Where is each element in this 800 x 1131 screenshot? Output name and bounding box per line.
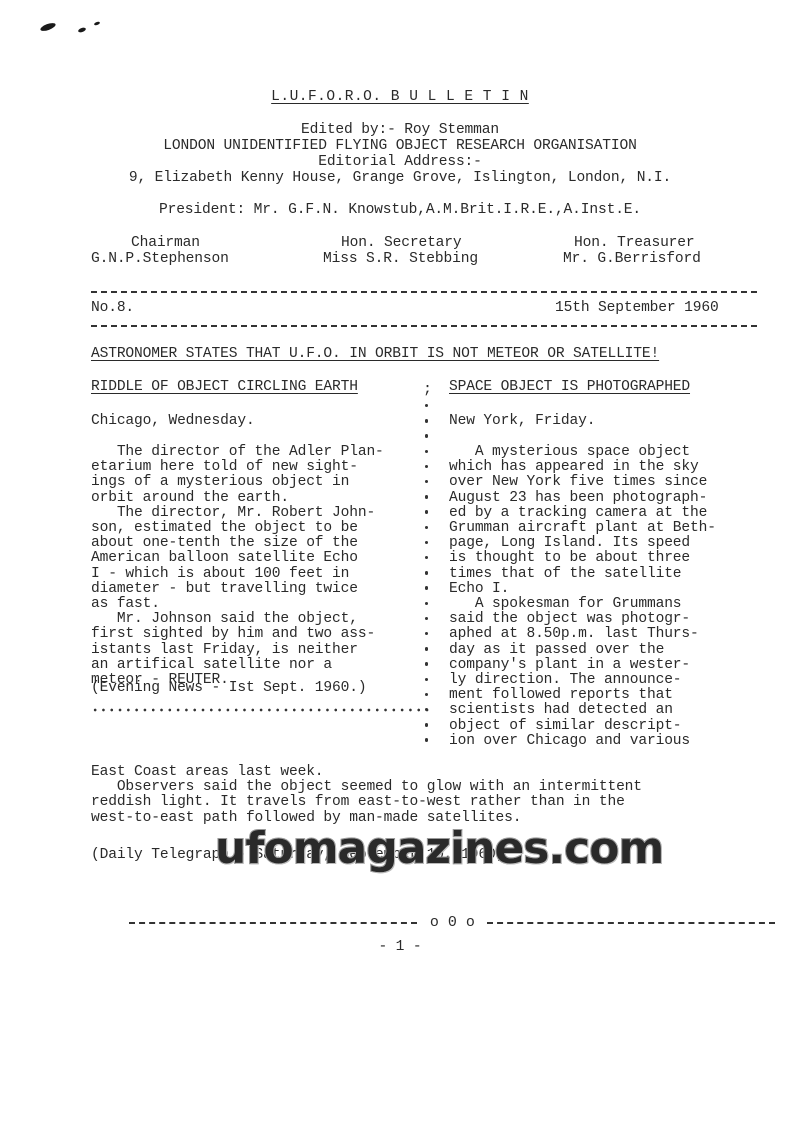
separator-semicolon: ; xyxy=(423,382,432,397)
editorial-address-label: Editorial Address:- xyxy=(0,155,800,170)
separator-dot xyxy=(425,738,428,741)
officer-title-chairman: Chairman xyxy=(131,236,200,251)
issue-number: No.8. xyxy=(91,301,134,316)
separator-dot xyxy=(425,526,428,529)
dashed-rule xyxy=(91,325,757,327)
separator-dot xyxy=(425,419,428,422)
officer-title-secretary: Hon. Secretary xyxy=(341,236,462,251)
separator-dot xyxy=(425,693,428,696)
dashed-rule xyxy=(91,291,757,293)
scan-mark xyxy=(94,21,101,26)
separator-dot xyxy=(425,465,428,468)
edited-by: Edited by:- Roy Stemman xyxy=(0,123,800,138)
separator-dot xyxy=(425,571,428,574)
organisation-name: LONDON UNIDENTIFIED FLYING OBJECT RESEAR… xyxy=(0,139,800,154)
end-mark: o 0 o xyxy=(417,914,487,931)
officer-name-treasurer: Mr. G.Berrisford xyxy=(563,252,701,267)
watermark: ufomagazines.com xyxy=(215,826,663,872)
officer-title-treasurer: Hon. Treasurer xyxy=(574,236,695,251)
editorial-address: 9, Elizabeth Kenny House, Grange Grove, … xyxy=(0,171,800,186)
separator-dot xyxy=(425,617,428,620)
separator-dot xyxy=(425,632,428,635)
separator-dot xyxy=(425,723,428,726)
scan-mark xyxy=(78,27,87,33)
bulletin-title: L.U.F.O.R.O. B U L L E T I N xyxy=(0,90,800,105)
separator-dot xyxy=(425,450,428,453)
separator-dot xyxy=(425,434,428,437)
left-article-dateline: Chicago, Wednesday. xyxy=(91,414,411,429)
separator-dot xyxy=(425,662,428,665)
officer-name-chairman: G.N.P.Stephenson xyxy=(91,252,229,267)
officer-name-secretary: Miss S.R. Stebbing xyxy=(323,252,478,267)
left-article-source: (Evening News - Ist Sept. 1960.) xyxy=(91,681,411,696)
dashed-rule xyxy=(129,922,417,924)
dashed-rule xyxy=(487,922,775,924)
dotted-divider xyxy=(91,708,431,712)
separator-dot xyxy=(425,556,428,559)
main-headline: ASTRONOMER STATES THAT U.F.O. IN ORBIT I… xyxy=(91,347,659,362)
bulletin-page: L.U.F.O.R.O. B U L L E T I N Edited by:-… xyxy=(0,0,800,1131)
separator-dot xyxy=(425,495,428,498)
page-number: - 1 - xyxy=(0,940,800,955)
right-article-dateline: New York, Friday. xyxy=(449,414,759,429)
right-article-body: A mysterious space object which has appe… xyxy=(449,445,759,749)
separator-dot xyxy=(425,480,428,483)
separator-dot xyxy=(425,602,428,605)
left-article-heading: RIDDLE OF OBJECT CIRCLING EARTH xyxy=(91,380,411,395)
right-article-heading: SPACE OBJECT IS PHOTOGRAPHED xyxy=(449,380,759,395)
separator-dot xyxy=(425,647,428,650)
issue-date: 15th September 1960 xyxy=(555,301,719,316)
left-article-body: The director of the Adler Plan- etarium … xyxy=(91,445,411,688)
scan-mark xyxy=(39,21,56,32)
separator-dot xyxy=(425,678,428,681)
separator-dot xyxy=(425,510,428,513)
separator-dot xyxy=(425,541,428,544)
separator-dot xyxy=(425,586,428,589)
right-article-continuation: East Coast areas last week. Observers sa… xyxy=(91,765,642,826)
president-line: President: Mr. G.F.N. Knowstub,A.M.Brit.… xyxy=(0,203,800,218)
separator-dot xyxy=(425,404,428,407)
